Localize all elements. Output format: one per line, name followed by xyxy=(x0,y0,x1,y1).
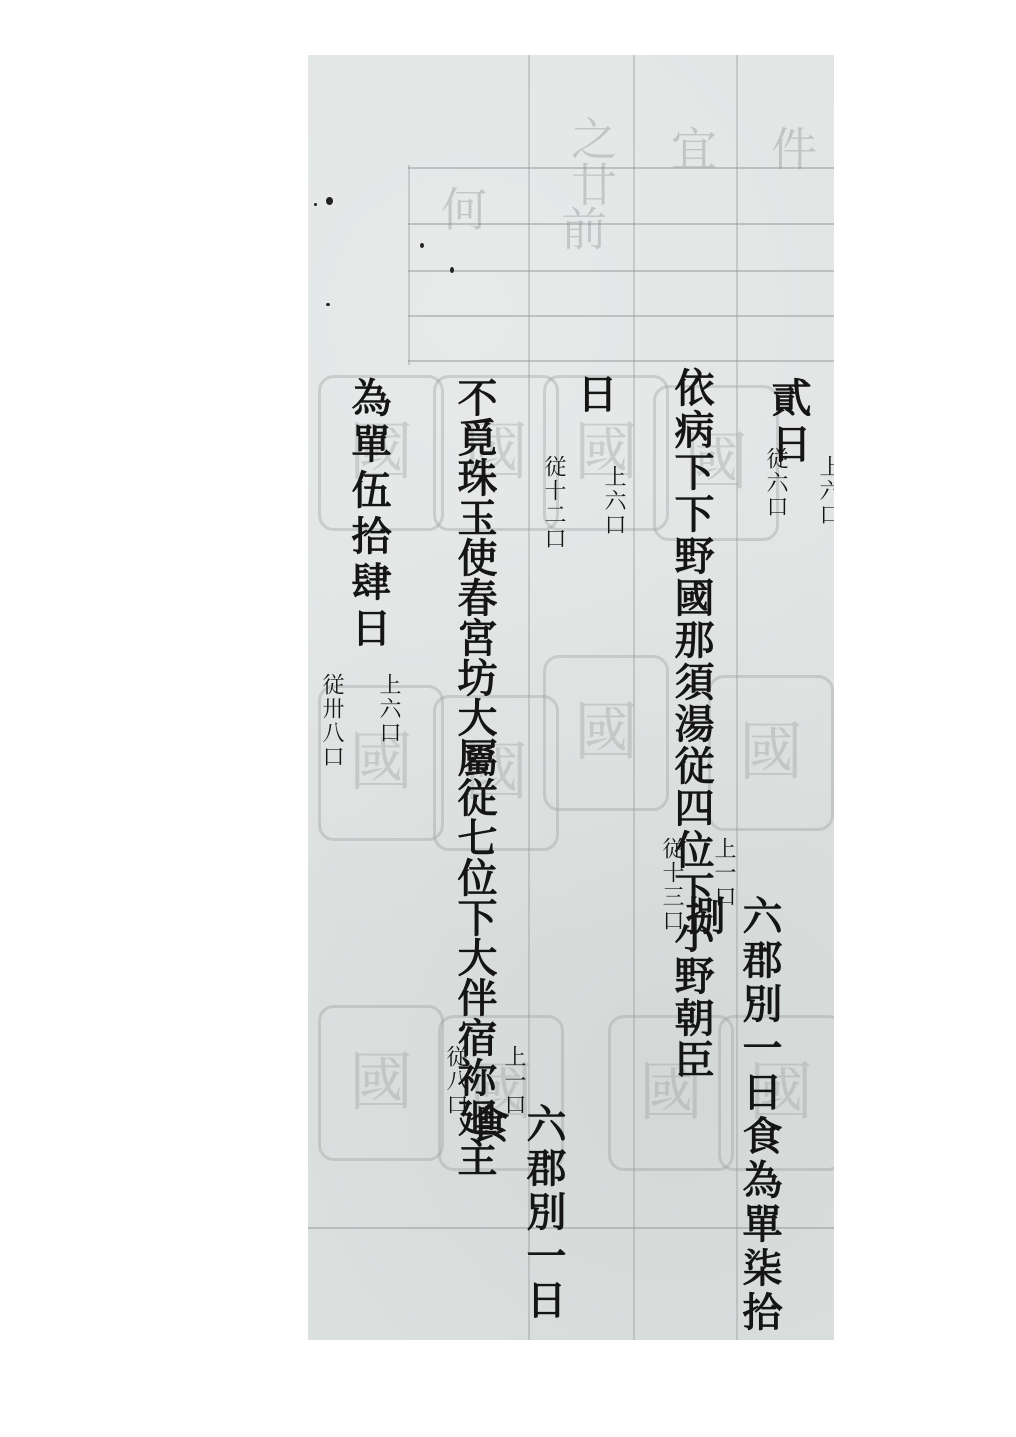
column-4-continuation: 六郡別一日食 xyxy=(458,1103,572,1340)
ghost-text: 何 xyxy=(428,185,494,231)
ink-spot xyxy=(450,267,454,273)
column-5-note-left: 従卅八口 xyxy=(316,673,347,769)
ink-spot xyxy=(326,303,330,306)
seal-impression: 國 xyxy=(543,655,669,811)
ink-spot xyxy=(326,197,333,205)
column-1-note-right: 上六口 xyxy=(813,455,834,527)
ruled-line xyxy=(408,360,834,362)
column-3-note-left: 従十二口 xyxy=(538,455,569,551)
column-1-note-left: 従六口 xyxy=(760,447,791,519)
seal-impression: 國 xyxy=(318,1005,444,1161)
seal-impression: 國 xyxy=(708,675,834,831)
ruled-line xyxy=(408,315,834,317)
ghost-text: 之廿 xyxy=(558,115,624,207)
ink-spot xyxy=(420,243,424,248)
ruled-line xyxy=(408,165,410,365)
ghost-text: 宜 xyxy=(658,125,724,171)
document-paper: 之廿 宜 件 前 何 國 國 國 國 國 國 國 國 國 國 國 國 貳日 上六… xyxy=(308,55,834,1340)
column-2-continuation: 六郡別一日食為單柒拾捌 xyxy=(674,895,788,1340)
ghost-text: 件 xyxy=(758,125,824,171)
ghost-text: 前 xyxy=(548,205,614,251)
ruled-line xyxy=(408,270,834,272)
ink-spot xyxy=(314,203,317,206)
column-3-main: 日 xyxy=(566,373,623,419)
column-5-main: 為單伍拾肆日 xyxy=(340,377,397,653)
column-3-note-right: 上六口 xyxy=(598,465,629,537)
column-5-note-right: 上六口 xyxy=(373,673,404,745)
